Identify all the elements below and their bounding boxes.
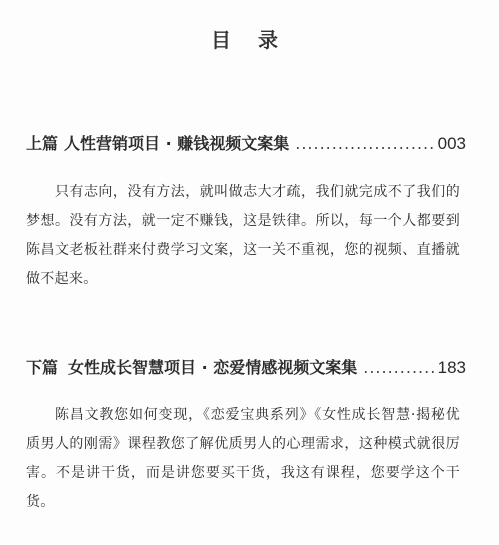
toc-entry-title: 人性营销项目 · 赚钱视频文案集 (64, 133, 289, 155)
toc-dot-leader: ........................................… (295, 133, 435, 155)
toc-entry-title: 女性成长智慧项目 · 恋爱情感视频文案集 (68, 357, 357, 379)
toc-dot-leader: ........................................… (363, 357, 435, 379)
toc-page-number: 183 (438, 357, 466, 379)
toc-page-number: 003 (438, 133, 466, 155)
page-title: 目 录 (0, 26, 499, 54)
toc-entry-part-2[interactable]: 下篇 女性成长智慧项目 · 恋爱情感视频文案集 ................… (26, 357, 466, 379)
toc-entry-description: 只有志向，没有方法，就叫做志大才疏，我们就完成不了我们的梦想。没有方法，就一定不… (26, 178, 460, 294)
toc-part-label: 下篇 (26, 357, 58, 379)
toc-part-label: 上篇 (26, 133, 58, 155)
toc-entry-part-1[interactable]: 上篇 人性营销项目 · 赚钱视频文案集 ....................… (26, 133, 466, 155)
toc-entry-description: 陈昌文教您如何变现，《恋爱宝典系列》《女性成长智慧·揭秘优质男人的刚需》课程教您… (26, 401, 460, 517)
